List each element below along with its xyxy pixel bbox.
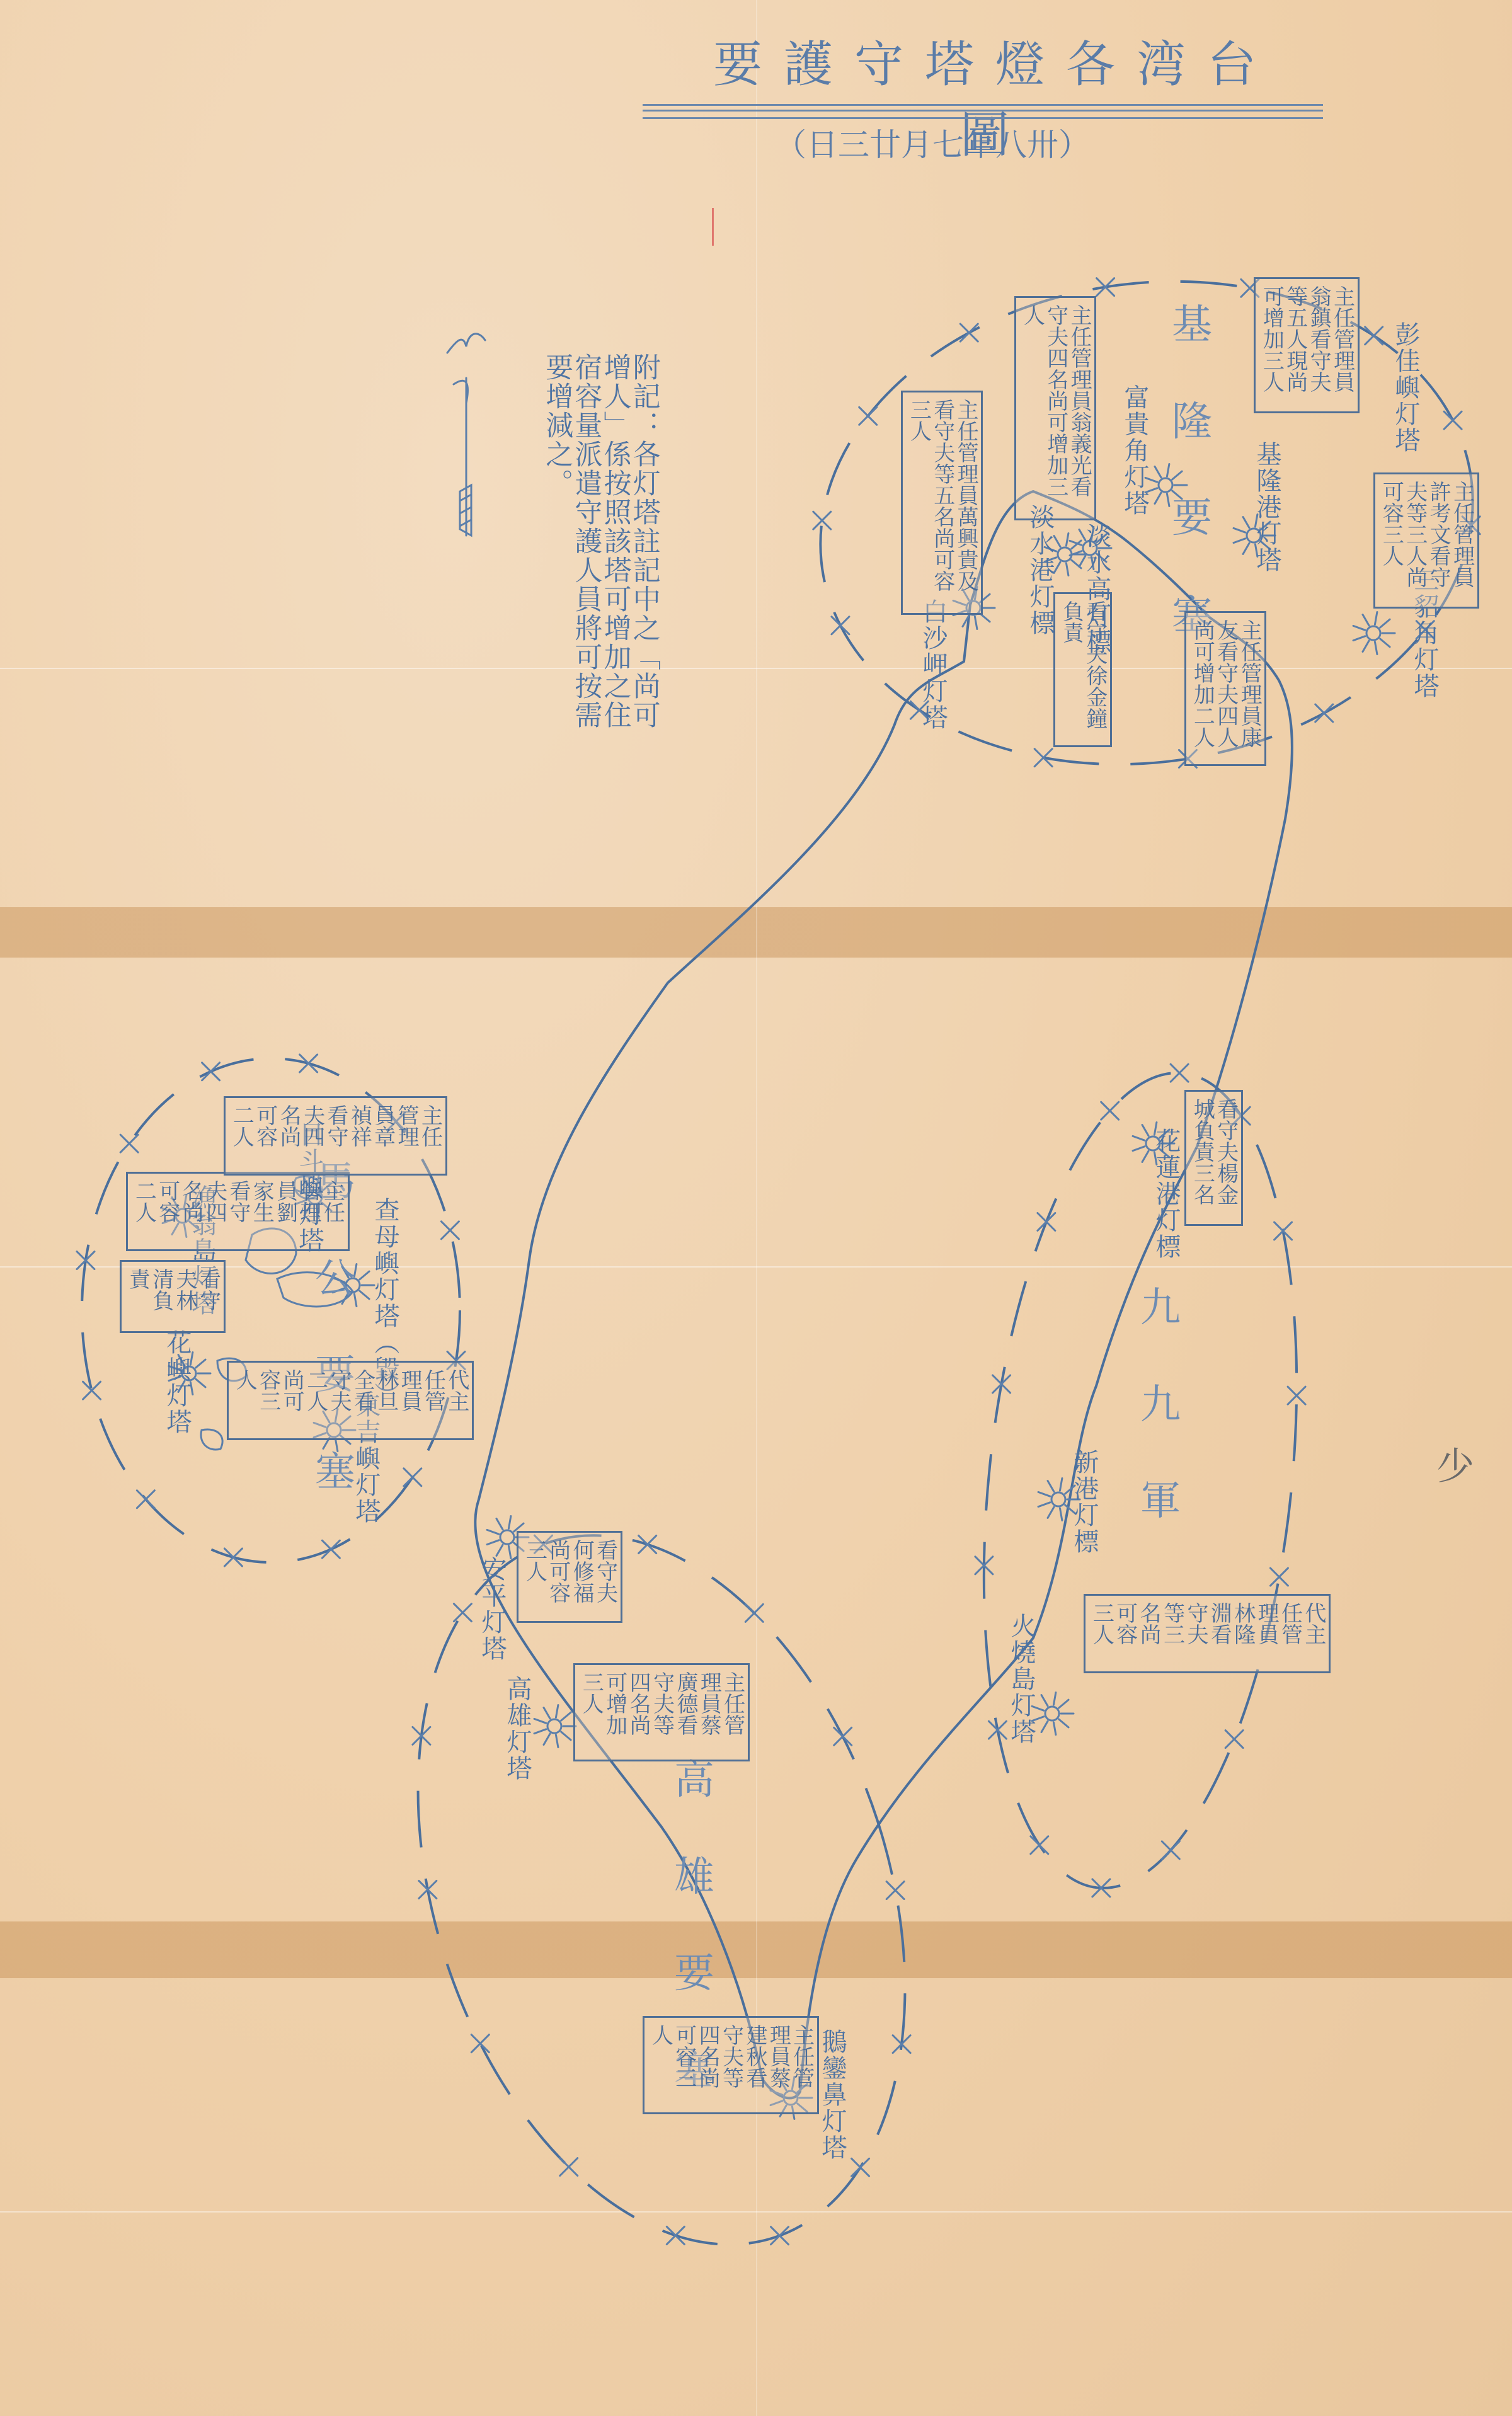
- note-box-eluanbi: 主任管理員蔡建秋看守夫等四名尚可容三人: [643, 2016, 819, 2114]
- zone-x-mark: [471, 2035, 489, 2052]
- zone-x-mark: [1101, 1102, 1119, 1119]
- note-box-fuguijiao: 主任管理員翁義光看守夫四名尚可增加三人: [1014, 296, 1096, 520]
- note-box-huaxu: 看守夫林清負責: [120, 1260, 226, 1333]
- note-box-baishawan: 主任管理員萬興貴及看守夫等五名尚可容三人: [901, 391, 983, 615]
- zone-x-mark: [1171, 1064, 1188, 1082]
- lighthouse-label-kaohsiung: 高雄灯塔: [504, 1676, 530, 1782]
- note-box-pengjia: 主任管理員翁鎮看守夫等五人現尚可增加三人: [1254, 277, 1360, 413]
- zone-x-mark: [137, 1491, 154, 1508]
- lighthouse-label-eluanbi: 鵝鑾鼻灯塔: [819, 2029, 845, 2161]
- lighthouse-label-hualien: 花蓮港灯標: [1153, 1128, 1179, 1260]
- lighthouse-label-anping: 安平灯塔: [479, 1556, 505, 1662]
- note-box-huoshao: 代主任管理員林隆淵看守夫等三名尚可容三人: [1084, 1594, 1331, 1673]
- zone-x-mark: [120, 1135, 138, 1152]
- zone-x-mark: [300, 1055, 318, 1072]
- lighthouse-label-xingang: 新港灯標: [1071, 1449, 1097, 1555]
- zone-x-mark: [560, 2158, 578, 2176]
- note-box-dongji: 代主任管理員林旦全看守夫二人尚可容三人: [227, 1361, 474, 1440]
- zone-x-mark: [852, 2158, 869, 2176]
- lighthouse-label-keelung: 基隆港灯塔: [1254, 441, 1280, 573]
- zone-x-mark: [1031, 1836, 1048, 1854]
- note-box-hualien: 看守夫楊金城負責三名: [1184, 1090, 1243, 1226]
- zone-x-mark: [1315, 704, 1333, 722]
- penghu-island: [201, 1429, 222, 1450]
- zone-kaohsiung-boundary: [333, 1472, 990, 2308]
- lighthouse-label-pengjia: 彭佳嶼灯塔: [1392, 321, 1419, 454]
- zone-x-mark: [202, 1063, 220, 1080]
- zone-x-mark: [832, 617, 849, 634]
- zone-x-mark: [1038, 1213, 1055, 1230]
- zone-label-9-9-army: 九 九 軍: [1140, 1260, 1182, 1550]
- lighthouse-label-danshui: 淡水港灯標: [1027, 504, 1053, 636]
- zone-x-mark: [83, 1382, 101, 1399]
- zone-x-mark: [1162, 1841, 1179, 1859]
- zone-x-mark: [454, 1604, 471, 1622]
- note-box-kaohsiung: 主任管理員蔡廣德看守夫等四名尚可增加三人: [573, 1663, 750, 1761]
- zone-x-mark: [1444, 411, 1462, 429]
- zone-x-mark: [224, 1549, 242, 1566]
- zone-x-mark: [667, 2226, 684, 2244]
- note-box-keelung: 主任管理員康友看守夫四人尚可增加二人: [1184, 611, 1266, 766]
- note-box-mudou: 主任管理員章禎祥看守夫四名尚可容二人: [224, 1096, 447, 1176]
- zone-x-mark: [1288, 1387, 1305, 1404]
- note-box-sandiao: 主任管理員許考文看守夫等三人尚可容三人: [1373, 472, 1479, 609]
- lighthouse-label-huoshao: 火燒島灯塔: [1008, 1613, 1034, 1745]
- zone-x-mark: [639, 1536, 656, 1554]
- zone-x-mark: [404, 1468, 421, 1486]
- zone-x-mark: [859, 407, 877, 425]
- lighthouse-label-danshuihigh: 淡水高灯標: [1084, 523, 1110, 655]
- pencil-mark: 少: [1436, 1436, 1474, 1491]
- lighthouse-sun-icon: [1032, 1693, 1074, 1735]
- zone-x-mark: [886, 1882, 904, 1899]
- zone-x-mark: [322, 1540, 340, 1558]
- lighthouse-label-huaxu: 花嶼灯塔: [164, 1329, 190, 1435]
- zone-x-mark: [1365, 327, 1383, 345]
- zone-x-mark: [771, 2227, 789, 2245]
- zone-x-mark: [745, 1604, 763, 1622]
- zone-label-keelung: 基 隆 要 塞: [1172, 277, 1213, 664]
- zone-x-mark: [1270, 1568, 1288, 1586]
- note-box-anping: 看守夫何修福尚可容三人: [517, 1531, 622, 1623]
- zone-x-mark: [1225, 1731, 1243, 1748]
- zone-x-mark: [834, 1727, 852, 1745]
- lighthouse-sun-icon: [1353, 612, 1395, 655]
- lighthouse-sun-icon: [534, 1705, 576, 1748]
- zone-x-mark: [441, 1222, 459, 1239]
- lighthouse-label-fuguijiao: 富貴角灯塔: [1121, 384, 1148, 517]
- zone-x-mark: [960, 324, 978, 341]
- lighthouse-label-baishawan: 白沙岬灯塔: [920, 598, 946, 731]
